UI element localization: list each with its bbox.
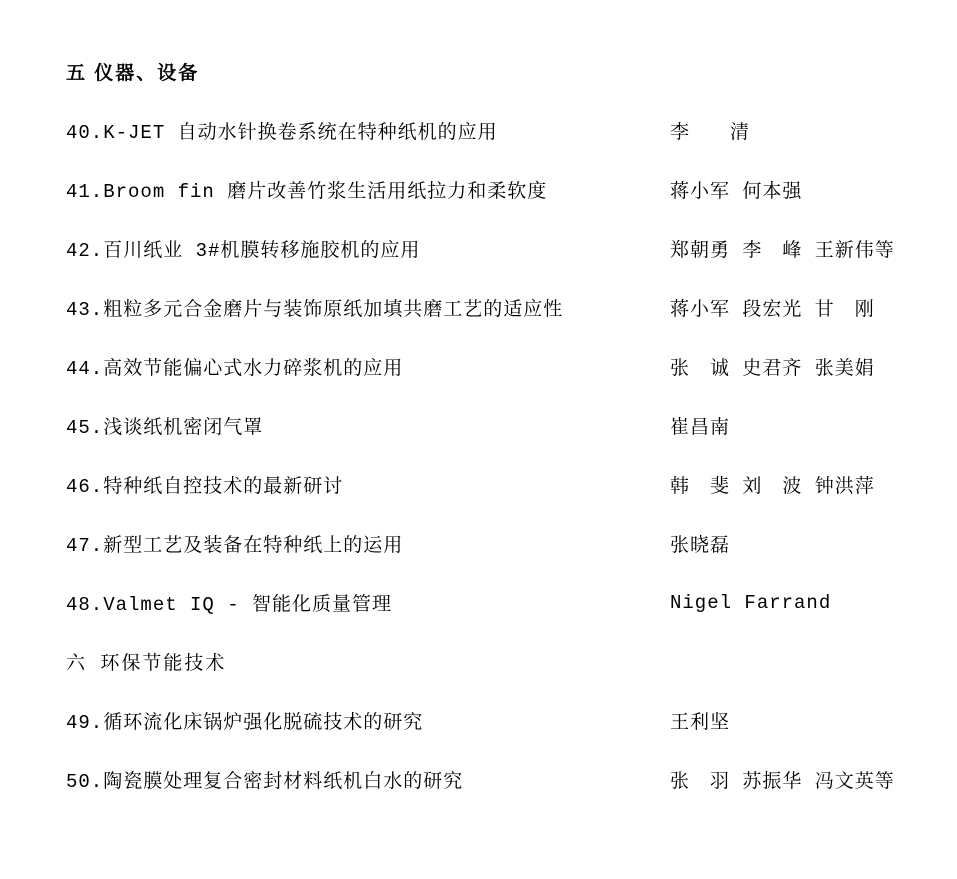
- item-authors: 张 羽 苏振华 冯文英等: [670, 766, 895, 793]
- item-title: 48.Valmet IQ - 智能化质量管理: [66, 589, 670, 616]
- item-authors: 张 诚 史君齐 张美娟: [670, 353, 875, 380]
- toc-item-row-45: 45.浅谈纸机密闭气罩 崔昌南: [66, 396, 927, 455]
- item-title: 44.高效节能偏心式水力碎浆机的应用: [66, 353, 670, 380]
- section-heading: 六 环保节能技术: [66, 648, 226, 675]
- item-title: 46.特种纸自控技术的最新研讨: [66, 471, 670, 498]
- toc-item-row-49: 49.循环流化床锅炉强化脱硫技术的研究 王利坚: [66, 691, 927, 750]
- toc-item-row-44: 44.高效节能偏心式水力碎浆机的应用 张 诚 史君齐 张美娟: [66, 337, 927, 396]
- toc-item-row-42: 42.百川纸业 3#机膜转移施胶机的应用 郑朝勇 李 峰 王新伟等: [66, 219, 927, 278]
- item-authors: 韩 斐 刘 波 钟洪萍: [670, 471, 875, 498]
- item-title: 45.浅谈纸机密闭气罩: [66, 412, 670, 439]
- item-authors: 王利坚: [670, 707, 730, 734]
- toc-item-row-41: 41.Broom fin 磨片改善竹浆生活用纸拉力和柔软度 蒋小军 何本强: [66, 160, 927, 219]
- item-title: 41.Broom fin 磨片改善竹浆生活用纸拉力和柔软度: [66, 176, 670, 203]
- item-authors: 崔昌南: [670, 412, 730, 439]
- toc-item-row-50: 50.陶瓷膜处理复合密封材料纸机白水的研究 张 羽 苏振华 冯文英等: [66, 750, 927, 809]
- item-authors: 蒋小军 段宏光 甘 刚: [670, 294, 875, 321]
- item-title: 47.新型工艺及装备在特种纸上的运用: [66, 530, 670, 557]
- item-authors: 张晓磊: [670, 530, 730, 557]
- toc-item-row-47: 47.新型工艺及装备在特种纸上的运用 张晓磊: [66, 514, 927, 573]
- item-authors: Nigel Farrand: [670, 592, 831, 614]
- section-heading-row-5: 五 仪器、设备: [66, 42, 927, 101]
- item-authors: 郑朝勇 李 峰 王新伟等: [670, 235, 895, 262]
- item-title: 43.粗粒多元合金磨片与装饰原纸加填共磨工艺的适应性: [66, 294, 670, 321]
- toc-item-row-46: 46.特种纸自控技术的最新研讨 韩 斐 刘 波 钟洪萍: [66, 455, 927, 514]
- document-page: 五 仪器、设备 40.K-JET 自动水针换卷系统在特种纸机的应用 李 清 41…: [0, 0, 957, 879]
- item-title: 50.陶瓷膜处理复合密封材料纸机白水的研究: [66, 766, 670, 793]
- item-title: 40.K-JET 自动水针换卷系统在特种纸机的应用: [66, 117, 670, 144]
- item-authors: 李 清: [670, 117, 750, 144]
- item-title: 49.循环流化床锅炉强化脱硫技术的研究: [66, 707, 670, 734]
- item-title: 42.百川纸业 3#机膜转移施胶机的应用: [66, 235, 670, 262]
- toc-item-row-43: 43.粗粒多元合金磨片与装饰原纸加填共磨工艺的适应性 蒋小军 段宏光 甘 刚: [66, 278, 927, 337]
- toc-item-row-48: 48.Valmet IQ - 智能化质量管理 Nigel Farrand: [66, 573, 927, 632]
- section-heading: 五 仪器、设备: [66, 58, 199, 85]
- toc-item-row-40: 40.K-JET 自动水针换卷系统在特种纸机的应用 李 清: [66, 101, 927, 160]
- section-heading-row-6: 六 环保节能技术: [66, 632, 927, 691]
- item-authors: 蒋小军 何本强: [670, 176, 802, 203]
